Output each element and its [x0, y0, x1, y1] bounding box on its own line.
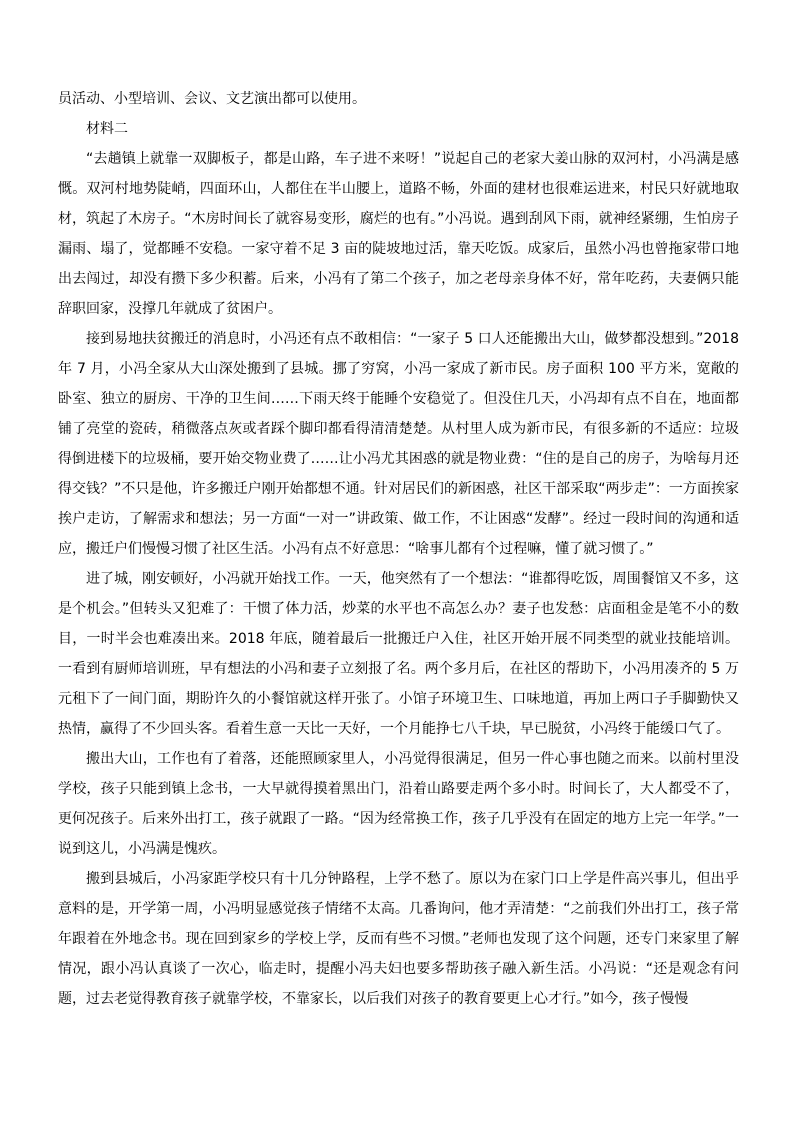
paragraph: “去趟镇上就靠一双脚板子，都是山路，车子进不来呀！”说起自己的老家大姜山脉的双河… [58, 144, 739, 324]
section-heading: 材料二 [58, 114, 739, 144]
paragraph-continuation: 员活动、小型培训、会议、文艺演出都可以使用。 [58, 84, 739, 114]
paragraph: 搬出大山，工作也有了着落，还能照顾家里人，小冯觉得很满足，但另一件心事也随之而来… [58, 744, 739, 864]
paragraph: 接到易地扶贫搬迁的消息时，小冯还有点不敢相信：“一家子 5 口人还能搬出大山，做… [58, 324, 739, 564]
document-page: 员活动、小型培训、会议、文艺演出都可以使用。 材料二 “去趟镇上就靠一双脚板子，… [58, 84, 739, 1014]
paragraph: 搬到县城后，小冯家距学校只有十几分钟路程，上学不愁了。原以为在家门口上学是件高兴… [58, 864, 739, 1014]
paragraph: 进了城，刚安顿好，小冯就开始找工作。一天，他突然有了一个想法：“谁都得吃饭，周围… [58, 564, 739, 744]
